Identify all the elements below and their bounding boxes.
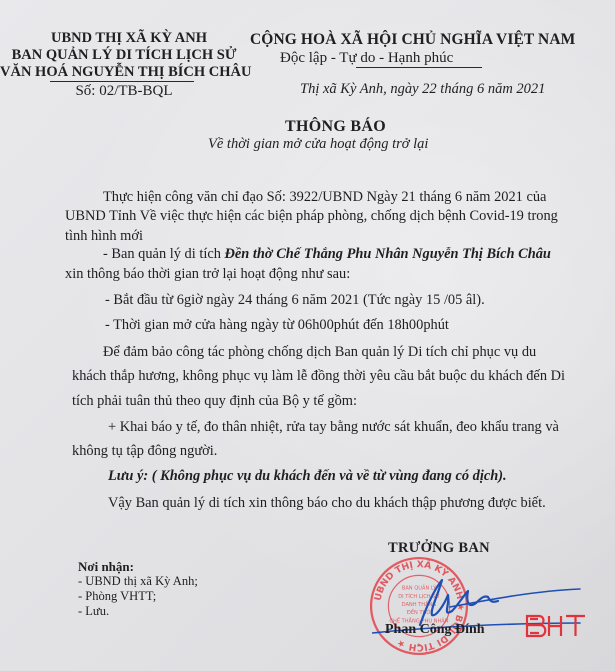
document-subtitle: Về thời gian mở cửa hoạt động trở lại [208, 136, 428, 153]
body-paragraph-3-line-1: Để đảm bảo công tác phòng chống dịch Ban… [103, 344, 536, 361]
document-title: THÔNG BÁO [0, 118, 615, 136]
bht-logo-icon [525, 613, 587, 639]
body-paragraph-3-line-2: khách thắp hương, không phục vụ làm lễ đ… [72, 368, 565, 385]
place-and-date: Thị xã Kỳ Anh, ngày 22 tháng 6 năm 2021 [300, 81, 545, 98]
body-paragraph-1-line-1: Thực hiện công văn chỉ đạo Số: 3922/UBND… [103, 189, 546, 206]
requirement-line-2: không tụ tập đông người. [72, 443, 217, 460]
national-motto: Độc lập - Tự do - Hạnh phúc [250, 50, 595, 67]
body-paragraph-3-line-3: tích phải tuân thủ theo quy định của Bộ … [72, 393, 357, 410]
agency-underline [50, 81, 194, 82]
signer-name: Phan Công Đính [385, 622, 485, 638]
document-number: Số: 02/TB-BQL [0, 83, 248, 100]
agency-line-2: BAN QUẢN LÝ DI TÍCH LỊCH SỬ [0, 47, 248, 64]
body-paragraph-2-line-2: xin thông báo thời gian trở lại hoạt độn… [65, 266, 350, 283]
recipients-heading: Nơi nhận: [78, 559, 198, 574]
recipient-item: - Phòng VHTT; [78, 589, 198, 604]
svg-text:★: ★ [416, 642, 421, 649]
closing-line: Vậy Ban quản lý di tích xin thông báo ch… [108, 495, 546, 512]
nation-title: CỘNG HOÀ XÃ HỘI CHỦ NGHĨA VIỆT NAM [250, 31, 595, 49]
relic-name: Đền thờ Chế Thắng Phu Nhân Nguyễn Thị Bí… [225, 246, 551, 262]
national-header-block: CỘNG HOÀ XÃ HỘI CHỦ NGHĨA VIỆT NAM Độc l… [250, 31, 595, 68]
body-paragraph-1-line-3: tình hình mới [65, 228, 143, 245]
note-line: Lưu ý: ( Không phục vụ du khách đến và v… [108, 468, 507, 485]
motto-underline [356, 67, 482, 68]
issuing-agency-block: UBND THỊ XÃ KỲ ANH BAN QUẢN LÝ DI TÍCH L… [0, 30, 248, 100]
schedule-item-hours: - Thời gian mở cửa hàng ngày từ 06h00phú… [105, 317, 449, 334]
agency-line-3: VĂN HOÁ NGUYỄN THỊ BÍCH CHÂU [0, 64, 248, 81]
body-paragraph-2-line-1: - Ban quản lý di tích Đền thờ Chế Thắng … [103, 246, 551, 263]
recipient-item: - Lưu. [78, 604, 198, 619]
recipients-block: Nơi nhận: - UBND thị xã Kỳ Anh; - Phòng … [78, 559, 198, 619]
recipient-item: - UBND thị xã Kỳ Anh; [78, 574, 198, 589]
agency-line-1: UBND THỊ XÃ KỲ ANH [0, 30, 248, 47]
relic-intro: - Ban quản lý di tích [103, 246, 225, 262]
body-paragraph-1-line-2: UBND Tỉnh Về việc thực hiện các biện phá… [65, 208, 558, 225]
requirement-line-1: + Khai báo y tế, đo thân nhiệt, rửa tay … [108, 419, 559, 436]
schedule-item-start: - Bắt đầu từ 6giờ ngày 24 tháng 6 năm 20… [105, 292, 485, 309]
